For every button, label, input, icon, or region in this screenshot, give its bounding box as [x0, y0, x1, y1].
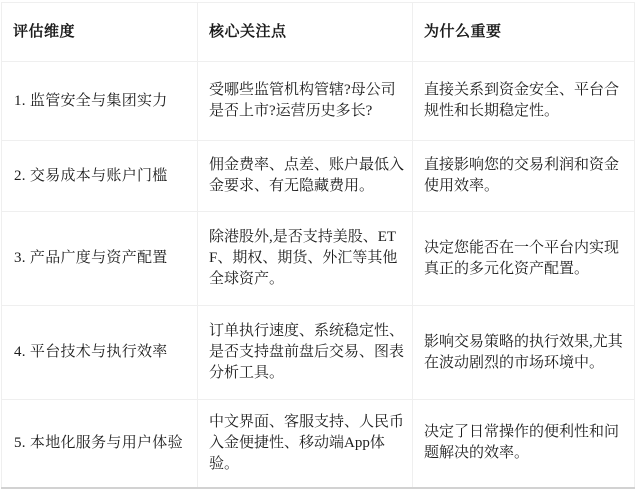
broker-evaluation-table: 评估维度 核心关注点 为什么重要 1. 监管安全与集团实力 受哪些监管机构管辖?…	[1, 2, 635, 489]
table-row: 4. 平台技术与执行效率 订单执行速度、系统稳定性、是否支持盘前盘后交易、图表分…	[2, 306, 635, 400]
cell-importance: 直接关系到资金安全、平台合规性和长期稳定性。	[413, 62, 635, 141]
table-row: 3. 产品广度与资产配置 除港股外,是否支持美股、ETF、期权、期货、外汇等其他…	[2, 212, 635, 306]
cell-importance: 决定您能否在一个平台内实现真正的多元化资产配置。	[413, 212, 635, 306]
cell-focus: 佣金费率、点差、账户最低入金要求、有无隐藏费用。	[198, 141, 413, 212]
cell-dimension: 3. 产品广度与资产配置	[2, 212, 198, 306]
table-row: 1. 监管安全与集团实力 受哪些监管机构管辖?母公司是否上市?运营历史多长? 直…	[2, 62, 635, 141]
cell-importance: 直接影响您的交易利润和资金使用效率。	[413, 141, 635, 212]
comparison-table-container: 评估维度 核心关注点 为什么重要 1. 监管安全与集团实力 受哪些监管机构管辖?…	[0, 0, 635, 500]
cell-importance: 影响交易策略的执行效果,尤其在波动剧烈的市场环境中。	[413, 306, 635, 400]
cell-dimension: 5. 本地化服务与用户体验	[2, 400, 198, 488]
header-importance: 为什么重要	[413, 3, 635, 62]
header-row: 评估维度 核心关注点 为什么重要	[2, 3, 635, 62]
header-focus: 核心关注点	[198, 3, 413, 62]
cell-focus: 中文界面、客服支持、人民币入金便捷性、移动端App体验。	[198, 400, 413, 488]
cell-focus: 受哪些监管机构管辖?母公司是否上市?运营历史多长?	[198, 62, 413, 141]
cell-focus: 订单执行速度、系统稳定性、是否支持盘前盘后交易、图表分析工具。	[198, 306, 413, 400]
cell-dimension: 1. 监管安全与集团实力	[2, 62, 198, 141]
cell-dimension: 2. 交易成本与账户门槛	[2, 141, 198, 212]
cell-importance: 决定了日常操作的便利性和问题解决的效率。	[413, 400, 635, 488]
table-row: 5. 本地化服务与用户体验 中文界面、客服支持、人民币入金便捷性、移动端App体…	[2, 400, 635, 488]
header-dimension: 评估维度	[2, 3, 198, 62]
table-row: 2. 交易成本与账户门槛 佣金费率、点差、账户最低入金要求、有无隐藏费用。 直接…	[2, 141, 635, 212]
cell-dimension: 4. 平台技术与执行效率	[2, 306, 198, 400]
cell-focus: 除港股外,是否支持美股、ETF、期权、期货、外汇等其他全球资产。	[198, 212, 413, 306]
